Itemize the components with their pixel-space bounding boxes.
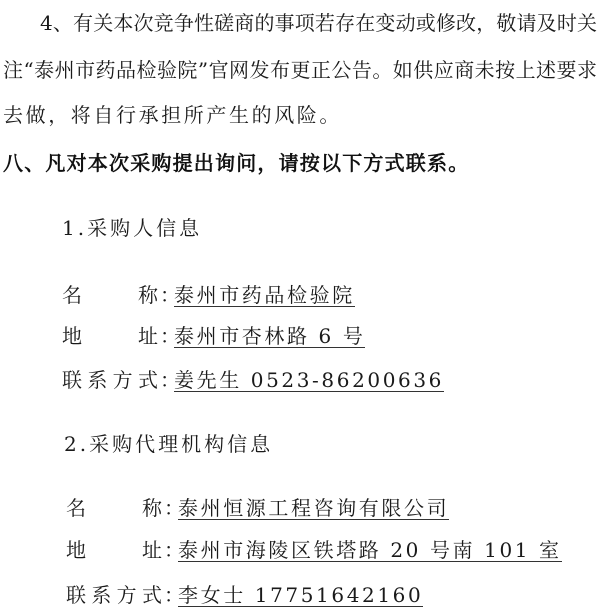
purchaser-name-value: 泰州市药品检验院 — [174, 284, 355, 307]
purchaser-contact-value: 姜先生 0523-86200636 — [174, 369, 444, 392]
purchaser-name-label: 名称 — [62, 283, 158, 307]
agency-contact-row: 联系方式 ： 李女士 17751642160 — [66, 583, 423, 607]
agency-info-title: 2.采购代理机构信息 — [64, 432, 273, 456]
colon: ： — [160, 368, 174, 392]
colon: ： — [164, 583, 178, 607]
paragraph-4-line-2: 注“泰州市药品检验院”官网发布更正公告。如供应商未按上述要求 — [3, 58, 597, 82]
paragraph-4-line-1: 4、有关本次竞争性磋商的事项若存在变动或修改，敬请及时关 — [40, 11, 597, 35]
purchaser-address-value: 泰州市杏林路 6 号 — [174, 325, 365, 348]
agency-contact-label: 联系方式 — [66, 583, 162, 607]
purchaser-contact-label: 联系方式 — [62, 368, 158, 392]
agency-address-label: 地址 — [66, 538, 162, 562]
agency-address-row: 地址 ： 泰州市海陵区铁塔路 20 号南 101 室 — [66, 538, 562, 562]
agency-contact-value: 李女士 17751642160 — [178, 584, 423, 607]
colon: ： — [164, 496, 178, 520]
purchaser-contact-row: 联系方式 ： 姜先生 0523-86200636 — [62, 368, 444, 392]
agency-name-value: 泰州恒源工程咨询有限公司 — [178, 497, 449, 520]
colon: ： — [164, 538, 178, 562]
agency-address-value: 泰州市海陵区铁塔路 20 号南 101 室 — [178, 539, 562, 562]
agency-name-label: 名称 — [66, 496, 162, 520]
purchaser-name-row: 名称 ： 泰州市药品检验院 — [62, 283, 355, 307]
purchaser-info-title: 1.采购人信息 — [62, 216, 202, 240]
purchaser-address-row: 地址 ： 泰州市杏林路 6 号 — [62, 324, 365, 348]
colon: ： — [160, 324, 174, 348]
purchaser-address-label: 地址 — [62, 324, 158, 348]
paragraph-4-line-3: 去做，将自行承担所产生的风险。 — [3, 103, 342, 127]
section-8-heading: 八、凡对本次采购提出询问，请按以下方式联系。 — [3, 151, 469, 175]
colon: ： — [160, 283, 174, 307]
agency-name-row: 名称 ： 泰州恒源工程咨询有限公司 — [66, 496, 449, 520]
